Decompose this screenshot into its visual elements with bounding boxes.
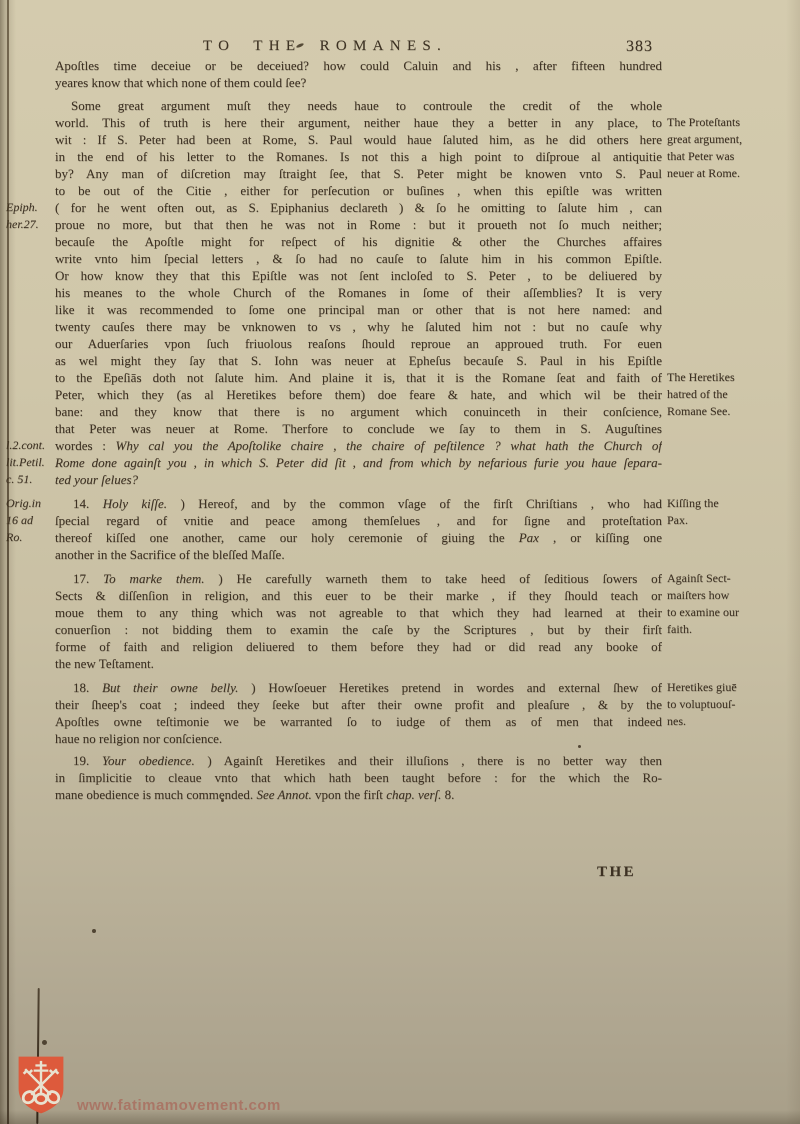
text-line: write vnto him ſpecial letters , & ſo ha… bbox=[55, 250, 662, 267]
crossed-keys-shield-icon bbox=[15, 1054, 67, 1116]
text-line: ted your ſelues? bbox=[55, 471, 662, 488]
margin-note: Kiſſing thePax. bbox=[667, 495, 795, 529]
margin-note: l.2.cont.lit.Petil.c. 51. bbox=[6, 437, 54, 488]
text-line: our Aduerſaries vpon ſuch friuolous reaſ… bbox=[55, 335, 662, 352]
text-line: 14. Holy kiſſe. ) Hereof, and by the com… bbox=[55, 495, 662, 512]
text-line: like it was recommended to ſome one prin… bbox=[55, 301, 662, 318]
running-header: TO THE ROMANES. bbox=[55, 38, 595, 55]
text-line: thereof kiſſed one another, came our hol… bbox=[55, 529, 662, 546]
watermark-url: www.fatimamovement.com bbox=[77, 1097, 281, 1114]
text-line: to the Epeſiās doth not ſalute him. And … bbox=[55, 369, 662, 386]
text-line: wit : If S. Peter had been at Rome, S. P… bbox=[55, 131, 662, 148]
text-line: ( for he went often out, as S. Epiphaniu… bbox=[55, 199, 662, 216]
text-line: Or how know they that this Epiſtle was n… bbox=[55, 267, 662, 284]
margin-note: Epiph.her.27. bbox=[6, 199, 54, 233]
text-line: twenty cauſes there may be vnknowen to v… bbox=[55, 318, 662, 335]
catchword: THE bbox=[597, 864, 636, 881]
text-line: as wel might they ſay that S. Iohn was n… bbox=[55, 352, 662, 369]
text-line: their ſheep's coat ; indeed they ſeeke b… bbox=[55, 696, 662, 713]
text-line: moue them to any thing which was not agr… bbox=[55, 604, 662, 621]
text-line: in ſimplicitie to cleaue vnto that which… bbox=[55, 769, 662, 786]
text-line: his meanes to the whole Church of the Ro… bbox=[55, 284, 662, 301]
text-line: conuerſion : not bidding them to examin … bbox=[55, 621, 662, 638]
text-line: proue no more, but that then he was not … bbox=[55, 216, 662, 233]
margin-note: Againſt Sect-maiſters howto examine ourf… bbox=[667, 570, 795, 638]
page-edge-line bbox=[7, 0, 9, 1124]
text-line: 19. Your obedience. ) Againſt Heretikes … bbox=[55, 752, 662, 769]
text-line: the new Teſtament. bbox=[55, 655, 662, 672]
text-line: Peter, which they (as al Heretikes befor… bbox=[55, 386, 662, 403]
footer-brand: www.fatimamovement.com bbox=[15, 1054, 281, 1116]
text-line: mane obedience is much commended. See An… bbox=[55, 786, 662, 803]
text-line: forme of faith and religion deliuered to… bbox=[55, 638, 662, 655]
margin-note: Orig.in16 adRo. bbox=[6, 495, 54, 546]
text-line: 17. To marke them. ) He carefully warnet… bbox=[55, 570, 662, 587]
text-line: that Peter was neuer at Rome. Therfore t… bbox=[55, 420, 662, 437]
main-text: Apoſtles time deceiue or be deceiued? ho… bbox=[55, 57, 662, 803]
text-line: to be out of the Citie , either for perſ… bbox=[55, 182, 662, 199]
margin-note: The Proteſtantsgreat argument,that Peter… bbox=[667, 114, 795, 182]
text-line: Sects & diſſenſion in religion, and this… bbox=[55, 587, 662, 604]
ink-speck bbox=[578, 745, 581, 748]
text-line: Some great argument muſt they needs haue… bbox=[55, 97, 662, 114]
text-line: yeares know that which none of them coul… bbox=[55, 74, 662, 91]
text-line: world. This of truth is here their argum… bbox=[55, 114, 662, 131]
ink-speck bbox=[92, 929, 96, 933]
ink-speck bbox=[42, 1040, 47, 1045]
text-line: in the end of his letter to the Romanes.… bbox=[55, 148, 662, 165]
text-line: wordes : Why cal you the Apoſtolike chai… bbox=[55, 437, 662, 454]
text-line: 18. But their owne belly. ) Howſoeuer He… bbox=[55, 679, 662, 696]
text-line: Apoſtles owne teſtimonie we be warranted… bbox=[55, 713, 662, 730]
text-line: Apoſtles time deceiue or be deceiued? ho… bbox=[55, 57, 662, 74]
text-line: becauſe the Apoſtle might for reſpect of… bbox=[55, 233, 662, 250]
text-line: Rome done againſt you , in which S. Pete… bbox=[55, 454, 662, 471]
text-line: another in the Sacrifice of the bleſſed … bbox=[55, 546, 662, 563]
page-number: 383 bbox=[626, 38, 653, 56]
margin-note: Heretikes giuēto voluptuouſ-nes. bbox=[667, 679, 795, 730]
text-line: haue no religion nor conſcience. bbox=[55, 730, 662, 747]
margin-note: The Heretikeshatred of theRomane See. bbox=[667, 369, 795, 420]
text-line: bane: and they know that there is no arg… bbox=[55, 403, 662, 420]
ink-speck bbox=[221, 799, 224, 802]
text-line: by? Any man of diſcretion may ſtraight ſ… bbox=[55, 165, 662, 182]
text-line: ſpecial regard of vnitie and peace among… bbox=[55, 512, 662, 529]
